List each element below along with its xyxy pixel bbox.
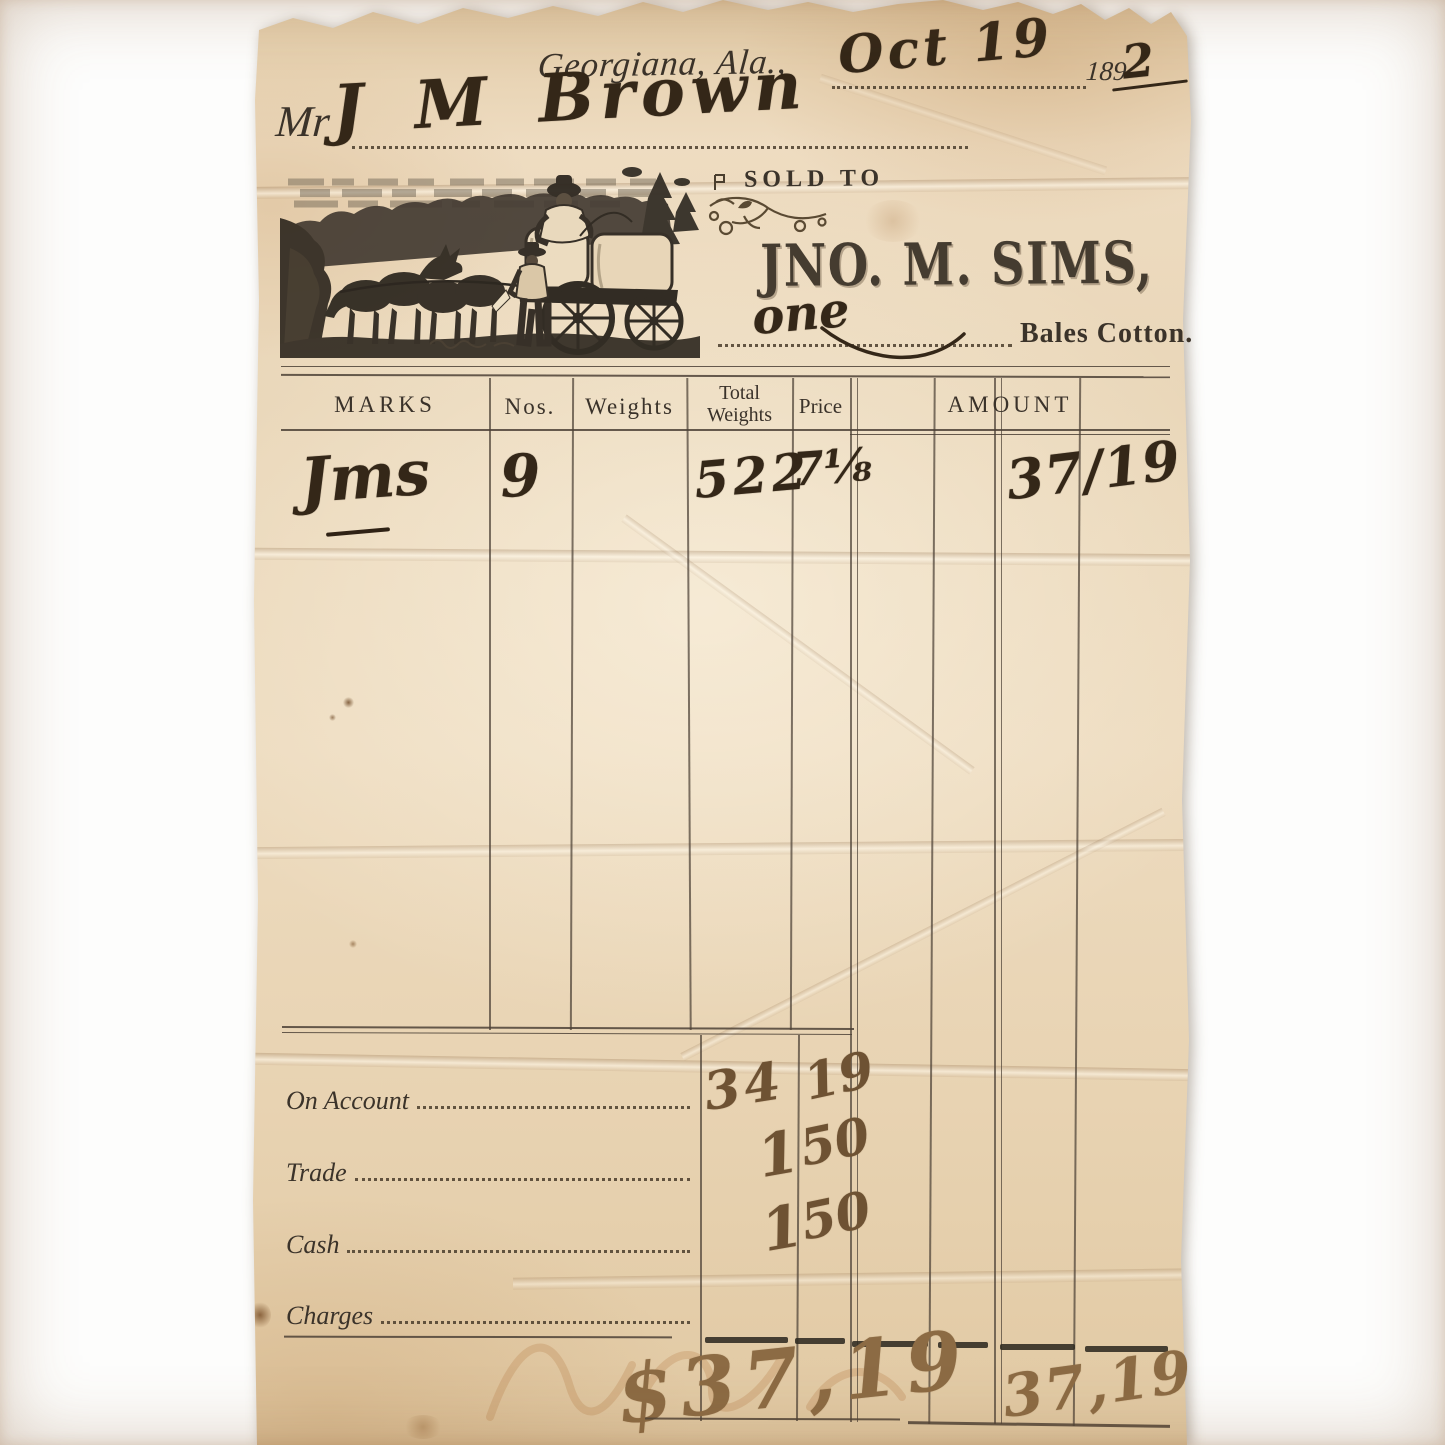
fold-crease-diagonal — [819, 74, 1107, 175]
total-rule-segment — [1000, 1344, 1075, 1350]
summary-label: On Account — [286, 1086, 409, 1116]
stain-spot — [349, 940, 357, 948]
row-price-written: 7⅛ — [790, 437, 873, 496]
stain-spot — [329, 714, 336, 721]
sold-to-label: SOLD TO — [744, 165, 884, 193]
printers-flag-icon — [712, 172, 728, 192]
scanned-receipt: Georgiana, Ala., 189 Mr — [0, 0, 1445, 1445]
summary-row-cash: Cash — [286, 1230, 690, 1260]
column-rule-double — [850, 378, 852, 1422]
addressee-dotted-line — [352, 146, 968, 149]
column-rule-double — [857, 378, 858, 1422]
summary-row-on-account: On Account — [286, 1086, 690, 1116]
year-digit-written: 2 — [1119, 32, 1156, 89]
fold-crease — [253, 839, 1193, 859]
stain-spot — [403, 1415, 443, 1439]
rule-under-header — [281, 429, 1170, 431]
column-rule-double — [994, 378, 996, 1424]
header-weights: Weights — [571, 394, 688, 420]
dotted-leader — [417, 1106, 690, 1109]
rule-top-a — [281, 366, 1170, 367]
dotted-leader — [355, 1178, 690, 1181]
stain-spot — [343, 697, 354, 708]
summary-label: Trade — [286, 1158, 347, 1188]
summary-label: Charges — [286, 1301, 373, 1331]
summary-label: Cash — [286, 1230, 339, 1260]
dateline-dotted-line — [832, 86, 1086, 89]
addressee-prefix: Mr — [274, 96, 331, 147]
summary-row-trade: Trade — [286, 1158, 690, 1188]
header-price: Price — [791, 394, 850, 419]
fold-crease — [253, 548, 1193, 567]
product-label: Bales Cotton. — [1020, 318, 1193, 350]
column-rule-double — [1001, 378, 1002, 1424]
column-rule — [489, 378, 491, 1030]
header-amount: AMOUNT — [850, 392, 1170, 418]
header-nos: Nos. — [489, 394, 571, 420]
dotted-leader — [347, 1250, 690, 1253]
fold-crease — [513, 1268, 1193, 1289]
header-total-weights: Total Weights — [688, 382, 791, 426]
header-marks: MARKS — [281, 392, 489, 418]
summary-row-charges: Charges — [286, 1301, 690, 1331]
quantity-tail-stroke — [818, 320, 968, 368]
row-marks-written: Jms — [298, 436, 433, 518]
stain-spot — [249, 1302, 271, 1328]
dotted-leader — [381, 1321, 690, 1324]
row-nos-written: 9 — [498, 441, 542, 511]
on-account-dollars-written: 34 — [700, 1050, 789, 1123]
cotton-wagon-engraving — [280, 158, 700, 358]
